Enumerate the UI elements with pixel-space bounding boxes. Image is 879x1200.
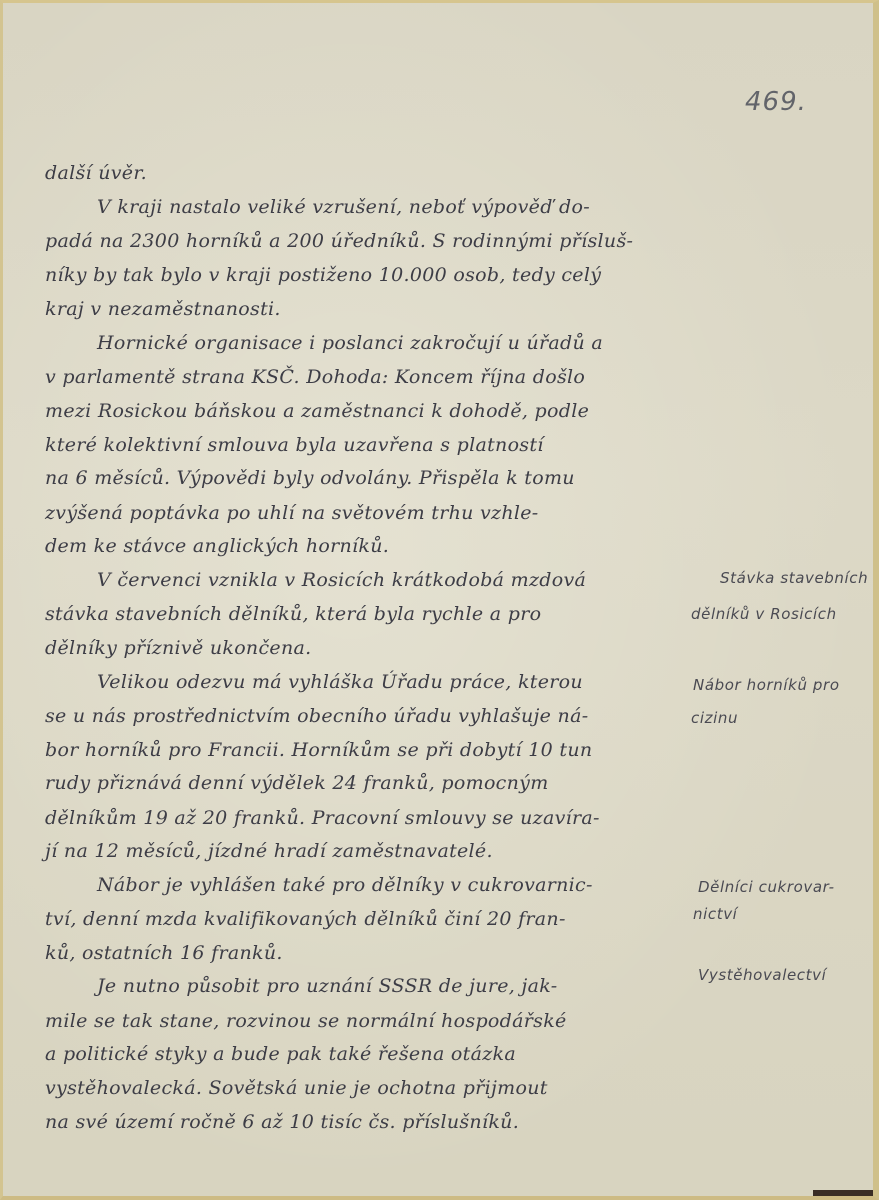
text-line: stávka stavebních dělníků, která byla ry… bbox=[45, 603, 541, 625]
text-line: na 6 měsíců. Výpovědi byly odvolány. Při… bbox=[45, 467, 575, 489]
margin-note: Dělníci cukrovar- bbox=[698, 878, 835, 896]
text-line: další úvěr. bbox=[45, 162, 147, 184]
scan-edge bbox=[813, 1190, 873, 1196]
text-line: dělníky příznivě ukončena. bbox=[45, 637, 311, 659]
text-line: V červenci vznikla v Rosicích krátkodobá… bbox=[97, 569, 586, 591]
text-line: mezi Rosickou báňskou a zaměstnanci k do… bbox=[45, 400, 589, 422]
margin-note: cizinu bbox=[691, 709, 738, 727]
margin-note: Vystěhovalectví bbox=[698, 966, 826, 984]
text-line: dělníkům 19 až 20 franků. Pracovní smlou… bbox=[45, 807, 600, 829]
text-line: níky by tak bylo v kraji postiženo 10.00… bbox=[45, 264, 601, 286]
margin-note: Nábor horníků pro bbox=[693, 676, 840, 694]
text-line: se u nás prostřednictvím obecního úřadu … bbox=[45, 705, 588, 727]
text-line: ků, ostatních 16 franků. bbox=[45, 942, 283, 964]
text-line: rudy přiznává denní výdělek 24 franků, p… bbox=[45, 772, 549, 794]
margin-note: dělníků v Rosicích bbox=[691, 605, 837, 623]
text-line: v parlamentě strana KSČ. Dohoda: Koncem … bbox=[45, 366, 585, 388]
text-line: a politické styky a bude pak také řešena… bbox=[45, 1043, 516, 1065]
text-line: dem ke stávce anglických horníků. bbox=[45, 535, 389, 557]
text-line: Hornické organisace i poslanci zakročují… bbox=[97, 332, 603, 354]
text-line: zvýšená poptávka po uhlí na světovém trh… bbox=[45, 502, 539, 524]
text-line: mile se tak stane, rozvinou se normální … bbox=[45, 1010, 567, 1032]
text-line: Je nutno působit pro uznání SSSR de jure… bbox=[97, 975, 557, 997]
text-line: kraj v nezaměstnanosti. bbox=[45, 298, 281, 320]
manuscript-page: 469. další úvěr.V kraji nastalo veliké v… bbox=[0, 0, 879, 1200]
text-line: padá na 2300 horníků a 200 úředníků. S r… bbox=[45, 230, 633, 252]
text-line: jí na 12 měsíců, jízdné hradí zaměstnava… bbox=[45, 840, 493, 862]
text-line: tví, denní mzda kvalifikovaných dělníků … bbox=[45, 908, 566, 930]
margin-note: nictví bbox=[693, 905, 737, 923]
page-number: 469. bbox=[745, 87, 807, 117]
text-line: Nábor je vyhlášen také pro dělníky v cuk… bbox=[97, 874, 593, 896]
text-line: Velikou odezvu má vyhláška Úřadu práce, … bbox=[97, 671, 583, 693]
text-line: V kraji nastalo veliké vzrušení, neboť v… bbox=[97, 196, 590, 218]
text-line: které kolektivní smlouva byla uzavřena s… bbox=[45, 434, 544, 456]
text-line: vystěhovalecká. Sovětská unie je ochotna… bbox=[45, 1077, 548, 1099]
text-line: na své území ročně 6 až 10 tisíc čs. pří… bbox=[45, 1111, 519, 1133]
margin-note: Stávka stavebních bbox=[720, 569, 868, 587]
text-line: bor horníků pro Francii. Horníkům se při… bbox=[45, 739, 592, 761]
